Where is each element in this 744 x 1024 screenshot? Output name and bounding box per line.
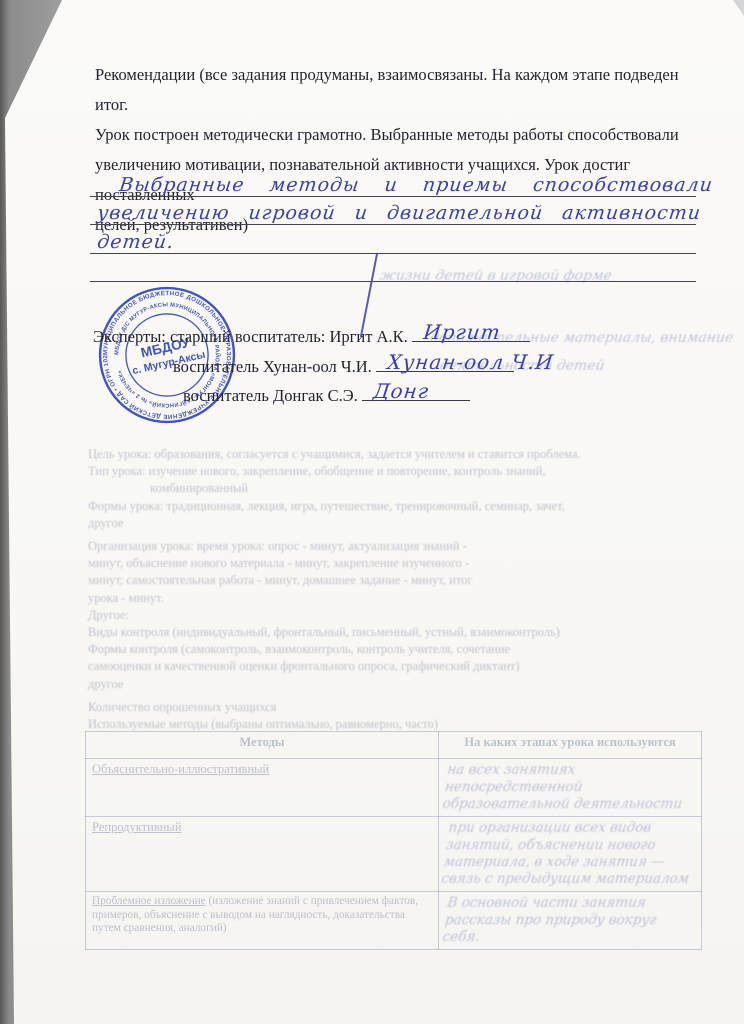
method-cell: Репродуктивный	[86, 817, 439, 892]
paragraph-line: Урок построен методически грамотно. Выбр…	[95, 120, 701, 150]
note-cell: В основной части занятия рассказы про пр…	[439, 892, 702, 950]
handwritten-note: при организации всех видов занятий, объя…	[440, 820, 700, 888]
ruled-line: Выбранные методы и приемы способствовали	[90, 168, 696, 197]
header-methods: Методы	[86, 732, 439, 759]
ruled-line: детей.	[90, 225, 696, 254]
faint-form-line: урока - минут.	[88, 590, 700, 607]
bleedthrough-text: жизни детей в игровой форме	[379, 268, 613, 284]
faint-form-line: Тип урока: изучение нового, закрепление,…	[88, 463, 700, 480]
method-cell: Объяснительно-иллюстративный	[86, 759, 439, 817]
table-row: Объяснительно-иллюстративный на всех зан…	[86, 759, 702, 817]
handwritten-note: на всех занятиях непосредственной образо…	[441, 762, 698, 813]
expert-label: воспитатель Хунан-оол Ч.И.	[173, 357, 372, 376]
faint-form-line: другое	[88, 676, 700, 693]
ruled-line: увеличению игровой и двигательной активн…	[90, 197, 696, 226]
paragraph-line: Рекомендации (все задания продуманы, вза…	[95, 60, 701, 120]
signature-line: Донг	[362, 396, 470, 401]
expert-label: воспитатель Донгак С.Э.	[183, 386, 358, 405]
bleedthrough-text: деятельности детей	[439, 358, 606, 374]
note-cell: при организации всех видов занятий, объя…	[439, 817, 702, 892]
scanned-document-page: Рекомендации (все задания продуманы, вза…	[0, 0, 744, 1024]
faint-form-line: Формы контроля (самоконтроль, взаимоконт…	[88, 641, 700, 658]
faint-form-block: Цель урока: образования, согласуется с у…	[88, 446, 700, 733]
header-stages: На каких этапах урока используются	[439, 732, 702, 759]
note-cell: на всех занятиях непосредственной образо…	[439, 759, 702, 817]
table-row: Репродуктивный при организации всех видо…	[86, 817, 702, 892]
handwritten-text: Выбранные методы и приемы способствовали	[118, 174, 714, 196]
faint-form-line: минут, объяснение нового материала - мин…	[88, 555, 700, 572]
handwritten-note: В основной части занятия рассказы про пр…	[441, 895, 698, 946]
method-name: Объяснительно-иллюстративный	[92, 762, 269, 776]
faint-form-line: Количество опрошенных учащихся	[88, 699, 700, 716]
faint-form-line: Цель урока: образования, согласуется с у…	[88, 446, 700, 463]
faint-form-line: Другое:	[88, 607, 700, 624]
faint-form-line: другое	[88, 515, 700, 532]
faint-form-line: комбинированный	[88, 480, 700, 497]
method-cell: Проблемное изложение (изложение знаний с…	[86, 892, 439, 950]
experts-line-3: воспитатель Донгак С.Э. Донг	[183, 386, 470, 406]
signature-dongak: Донг	[372, 379, 431, 403]
faint-form-line: Формы урока: традиционная, лекция, игра,…	[88, 498, 700, 515]
handwritten-text: детей.	[96, 231, 176, 253]
method-name: Проблемное изложение	[92, 895, 206, 907]
table-row: Проблемное изложение (изложение знаний с…	[86, 892, 702, 950]
faint-form-line: Виды контроля (индивидуальный, фронтальн…	[88, 624, 700, 641]
methods-table: Методы На каких этапах урока используютс…	[85, 731, 702, 950]
faint-form-line: самооценки и качественной оценки фронтал…	[88, 658, 700, 675]
faint-form-line: минут, самостоятельная работа - минут, д…	[88, 572, 700, 589]
faint-form-line: Организация урока: время урока: опрос - …	[88, 538, 700, 555]
method-name: Репродуктивный	[92, 820, 182, 834]
handwritten-note-block: Выбранные методы и приемы способствовали…	[90, 168, 696, 282]
handwritten-text: увеличению игровой и двигательной активн…	[96, 202, 702, 224]
bleedthrough-text: дополнительные материалы, внимание	[429, 330, 735, 346]
expert-label: Эксперты: старший воспитатель: Иргит А.К…	[93, 327, 408, 346]
table-header-row: Методы На каких этапах урока используютс…	[86, 732, 702, 759]
